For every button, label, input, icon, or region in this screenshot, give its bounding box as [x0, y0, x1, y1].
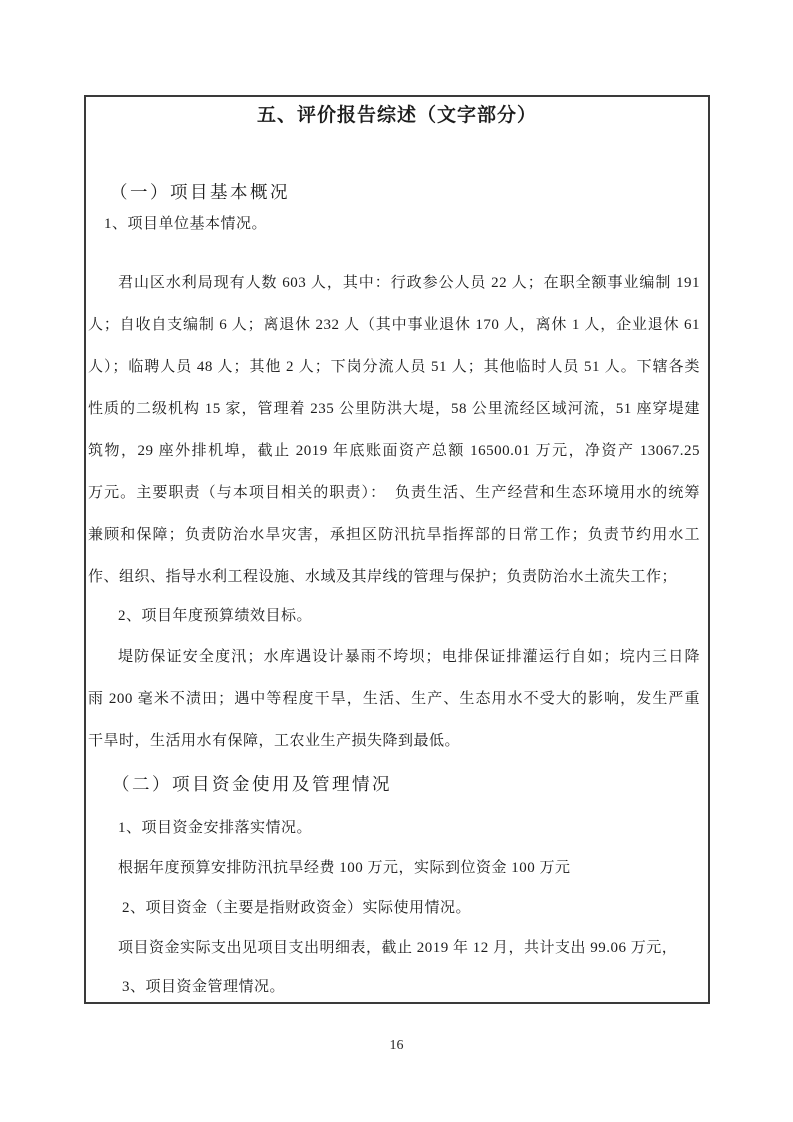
text-line: 人；自收自支编制 6 人；离退休 232 人（其中事业退休 170 人，离休 1…	[88, 304, 700, 346]
text-line: 性质的二级机构 15 家，管理着 235 公里防洪大堤，58 公里流经区域河流，…	[88, 388, 700, 430]
text-line: 人）；临聘人员 48 人；其他 2 人；下岗分流人员 51 人；其他临时人员 5…	[88, 346, 700, 388]
report-title: 五、评价报告综述（文字部分）	[86, 95, 708, 137]
text-line: 雨 200 毫米不渍田；遇中等程度干旱，生活、生产、生态用水不受大的影响，发生严…	[88, 678, 700, 720]
section-2-heading: （二）项目资金使用及管理情况	[88, 763, 700, 805]
section-2-paragraph-1: 根据年度预算安排防汛抗旱经费 100 万元，实际到位资金 100 万元	[88, 847, 700, 889]
text-line: 作、组织、指导水利工程设施、水域及其岸线的管理与保护；负责防治水土流失工作；	[88, 556, 700, 598]
page-number: 16	[0, 1025, 793, 1067]
section-1-item-2: 2、项目年度预算绩效目标。	[88, 595, 700, 637]
text-line: 筑物，29 座外排机埠，截止 2019 年底账面资产总额 16500.01 万元…	[88, 430, 700, 472]
text-line: 君山区水利局现有人数 603 人，其中：行政参公人员 22 人；在职全额事业编制…	[88, 262, 700, 304]
section-2-paragraph-2: 项目资金实际支出见项目支出明细表，截止 2019 年 12 月，共计支出 99.…	[88, 927, 700, 969]
section-1-paragraph-2: 堤防保证安全度汛；水库遇设计暴雨不垮坝；电排保证排灌运行自如；垸内三日降雨 20…	[88, 636, 700, 762]
section-1-item-1: 1、项目单位基本情况。	[88, 203, 700, 245]
section-1-paragraph-1: 君山区水利局现有人数 603 人，其中：行政参公人员 22 人；在职全额事业编制…	[88, 262, 700, 598]
text-line: 兼顾和保障；负责防治水旱灾害，承担区防汛抗旱指挥部的日常工作；负责节约用水工	[88, 514, 700, 556]
section-2-item-3: 3、项目资金管理情况。	[88, 966, 700, 1008]
section-2-item-2: 2、项目资金（主要是指财政资金）实际使用情况。	[88, 887, 700, 929]
section-2-item-1: 1、项目资金安排落实情况。	[88, 807, 700, 849]
text-line: 万元。主要职责（与本项目相关的职责）： 负责生活、生产经营和生态环境用水的统筹	[88, 472, 700, 514]
text-line: 堤防保证安全度汛；水库遇设计暴雨不垮坝；电排保证排灌运行自如；垸内三日降	[88, 636, 700, 678]
text-line: 干旱时，生活用水有保障，工农业生产损失降到最低。	[88, 720, 700, 762]
document-page: 五、评价报告综述（文字部分） （一）项目基本概况 1、项目单位基本情况。 君山区…	[0, 0, 793, 1122]
